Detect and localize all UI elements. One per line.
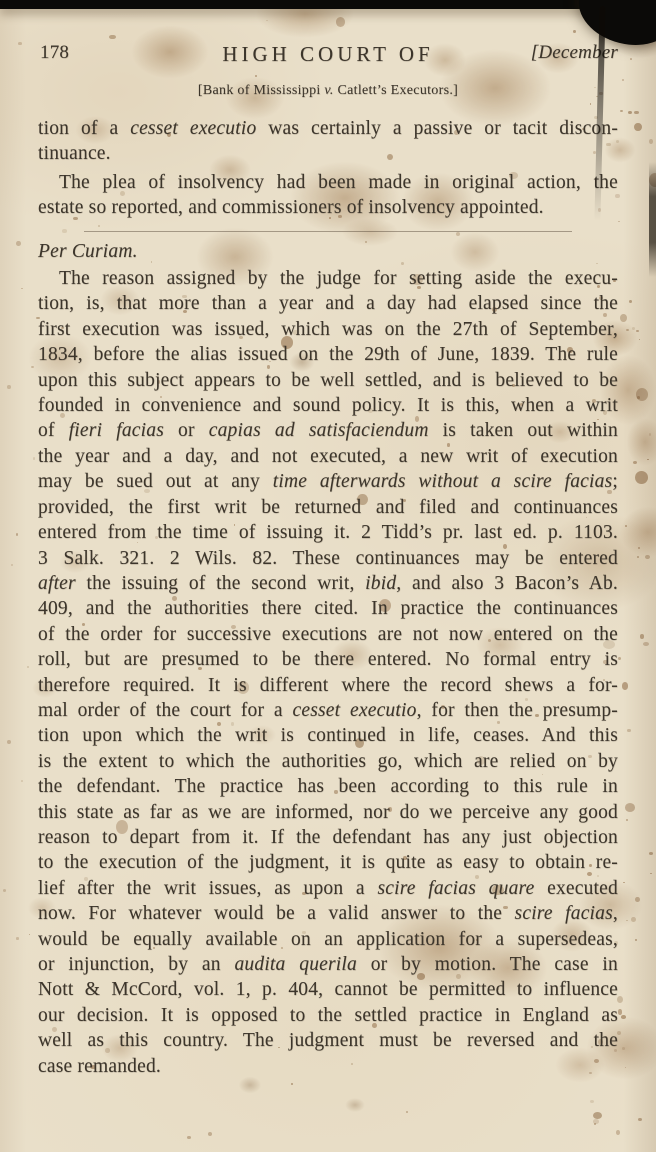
section-rule (84, 231, 571, 232)
scan-edge-right (649, 162, 656, 277)
text-line: Nott & McCord, vol. 1, p. 404, cannot be… (38, 977, 618, 1002)
text-line: 1834, before the alias issued on the 29t… (38, 342, 618, 367)
text-line: The reason assigned by the judge for set… (38, 266, 618, 291)
text-line: provided, the first writ be returned and… (38, 495, 618, 520)
text-line: tion of a cesset executio was certainly … (38, 116, 618, 141)
text-line: reason to depart from it. If the defenda… (38, 825, 618, 850)
text-line: of the order for successive executions a… (38, 622, 618, 647)
text-line: upon this subject appears to be well set… (38, 368, 618, 393)
text-line: after the issuing of the second writ, ib… (38, 571, 618, 596)
text-line: 3 Salk. 321. 2 Wils. 82. These continuan… (38, 546, 618, 571)
text-line: case remanded. (38, 1054, 618, 1079)
text-line: 409, and the authorities there cited. In… (38, 596, 618, 621)
text-line: first execution was issued, which was on… (38, 317, 618, 342)
text-line: lief after the writ issues, as upon a sc… (38, 876, 618, 901)
text-line: the defendant. The practice has been acc… (38, 774, 618, 799)
text-line: therefore required. It is different wher… (38, 673, 618, 698)
text-line: roll, but are presumed to be there enter… (38, 647, 618, 672)
text-line: to the execution of the judgment, it is … (38, 850, 618, 875)
text-line: entered from the time of issuing it. 2 T… (38, 520, 618, 545)
text-line: founded in convenience and sound policy.… (38, 393, 618, 418)
text-line: our decision. It is opposed to the settl… (38, 1003, 618, 1028)
text-line: or injunction, by an audita querila or b… (38, 952, 618, 977)
text-line: well as this country. The judgment must … (38, 1028, 618, 1053)
text-line: is the extent to which the authorities g… (38, 749, 618, 774)
case-running-head: [Bank of Mississippi v. Catlett’s Execut… (38, 83, 618, 99)
text-line: would be equally available on an applica… (38, 927, 618, 952)
opinion-text: tion of a cesset executio was certainly … (38, 116, 618, 1079)
text-line: the year and a day, and not executed, a … (38, 444, 618, 469)
text-line: of fieri facias or capias ad satisfacien… (38, 418, 618, 443)
printed-content: 178 HIGH COURT OF [December [Bank of Mis… (38, 0, 618, 1082)
paragraph: tion of a cesset executio was certainly … (38, 116, 618, 167)
text-line: now. For whatever would be a valid answe… (38, 901, 618, 926)
text-line: estate so reported, and commissioners of… (38, 195, 618, 220)
text-line: The plea of insolvency had been made in … (38, 170, 618, 195)
scanned-book-page: 178 HIGH COURT OF [December [Bank of Mis… (0, 0, 656, 1152)
page-header: 178 HIGH COURT OF [December (38, 42, 618, 68)
paragraph: The plea of insolvency had been made in … (38, 170, 618, 221)
text-line: tion upon which the writ is continued in… (38, 723, 618, 748)
paragraph: The reason assigned by the judge for set… (38, 266, 618, 1079)
text-line: mal order of the court for a cesset exec… (38, 698, 618, 723)
text-line: may be sued out at any time afterwards w… (38, 469, 618, 494)
opinion-heading: Per Curiam. (38, 239, 618, 264)
text-line: this state as far as we are informed, no… (38, 800, 618, 825)
term-label: [December (531, 42, 618, 64)
text-line: tinuance. (38, 141, 618, 166)
scan-edge-top (0, 0, 656, 9)
text-line: tion, is, that more than a year and a da… (38, 291, 618, 316)
